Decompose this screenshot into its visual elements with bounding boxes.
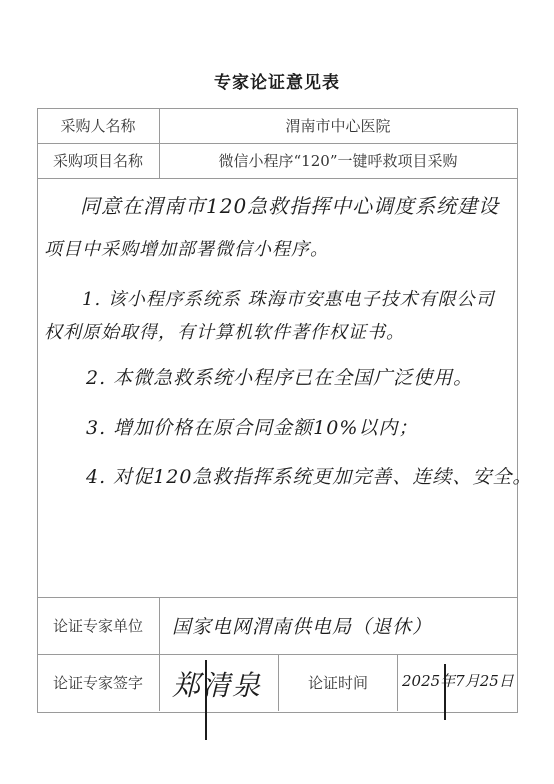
row-divider — [37, 178, 517, 179]
expert-unit-value: 国家电网渭南供电局（退休） — [172, 612, 432, 639]
date-stroke — [444, 664, 446, 720]
expert-signature: 郑清泉 — [172, 664, 262, 704]
opinion-line: 2. 本微急救系统小程序已在全国广泛使用。 — [86, 363, 473, 390]
expert-unit-label: 论证专家单位 — [37, 597, 159, 654]
review-time-value: 2025年7月25日 — [402, 670, 514, 691]
opinion-line: 同意在渭南市120急救指挥中心调度系统建设 — [80, 190, 499, 219]
review-time-label: 论证时间 — [279, 654, 397, 711]
document-title: 专家论证意见表 — [0, 68, 554, 93]
expert-signature-label: 论证专家签字 — [37, 654, 159, 711]
signature-stroke — [205, 660, 207, 740]
opinion-line: 4. 对促120急救指挥系统更加完善、连续、安全。 — [86, 462, 532, 489]
opinion-line: 项目中采购增加部署微信小程序。 — [44, 235, 329, 261]
project-label: 采购项目名称 — [37, 143, 159, 178]
opinion-line: 3. 增加价格在原合同金额10%以内； — [86, 413, 418, 440]
project-value: 微信小程序“120”一键呼救项目采购 — [160, 143, 516, 178]
col-divider — [159, 597, 160, 711]
opinion-line: 权利原始取得，有计算机软件著作权证书。 — [44, 318, 405, 344]
purchaser-value: 渭南市中心医院 — [160, 108, 516, 143]
opinion-line: 1. 该小程序系统系 珠海市安惠电子技术有限公司 — [82, 285, 495, 311]
purchaser-label: 采购人名称 — [37, 108, 159, 143]
col-divider — [397, 654, 398, 711]
